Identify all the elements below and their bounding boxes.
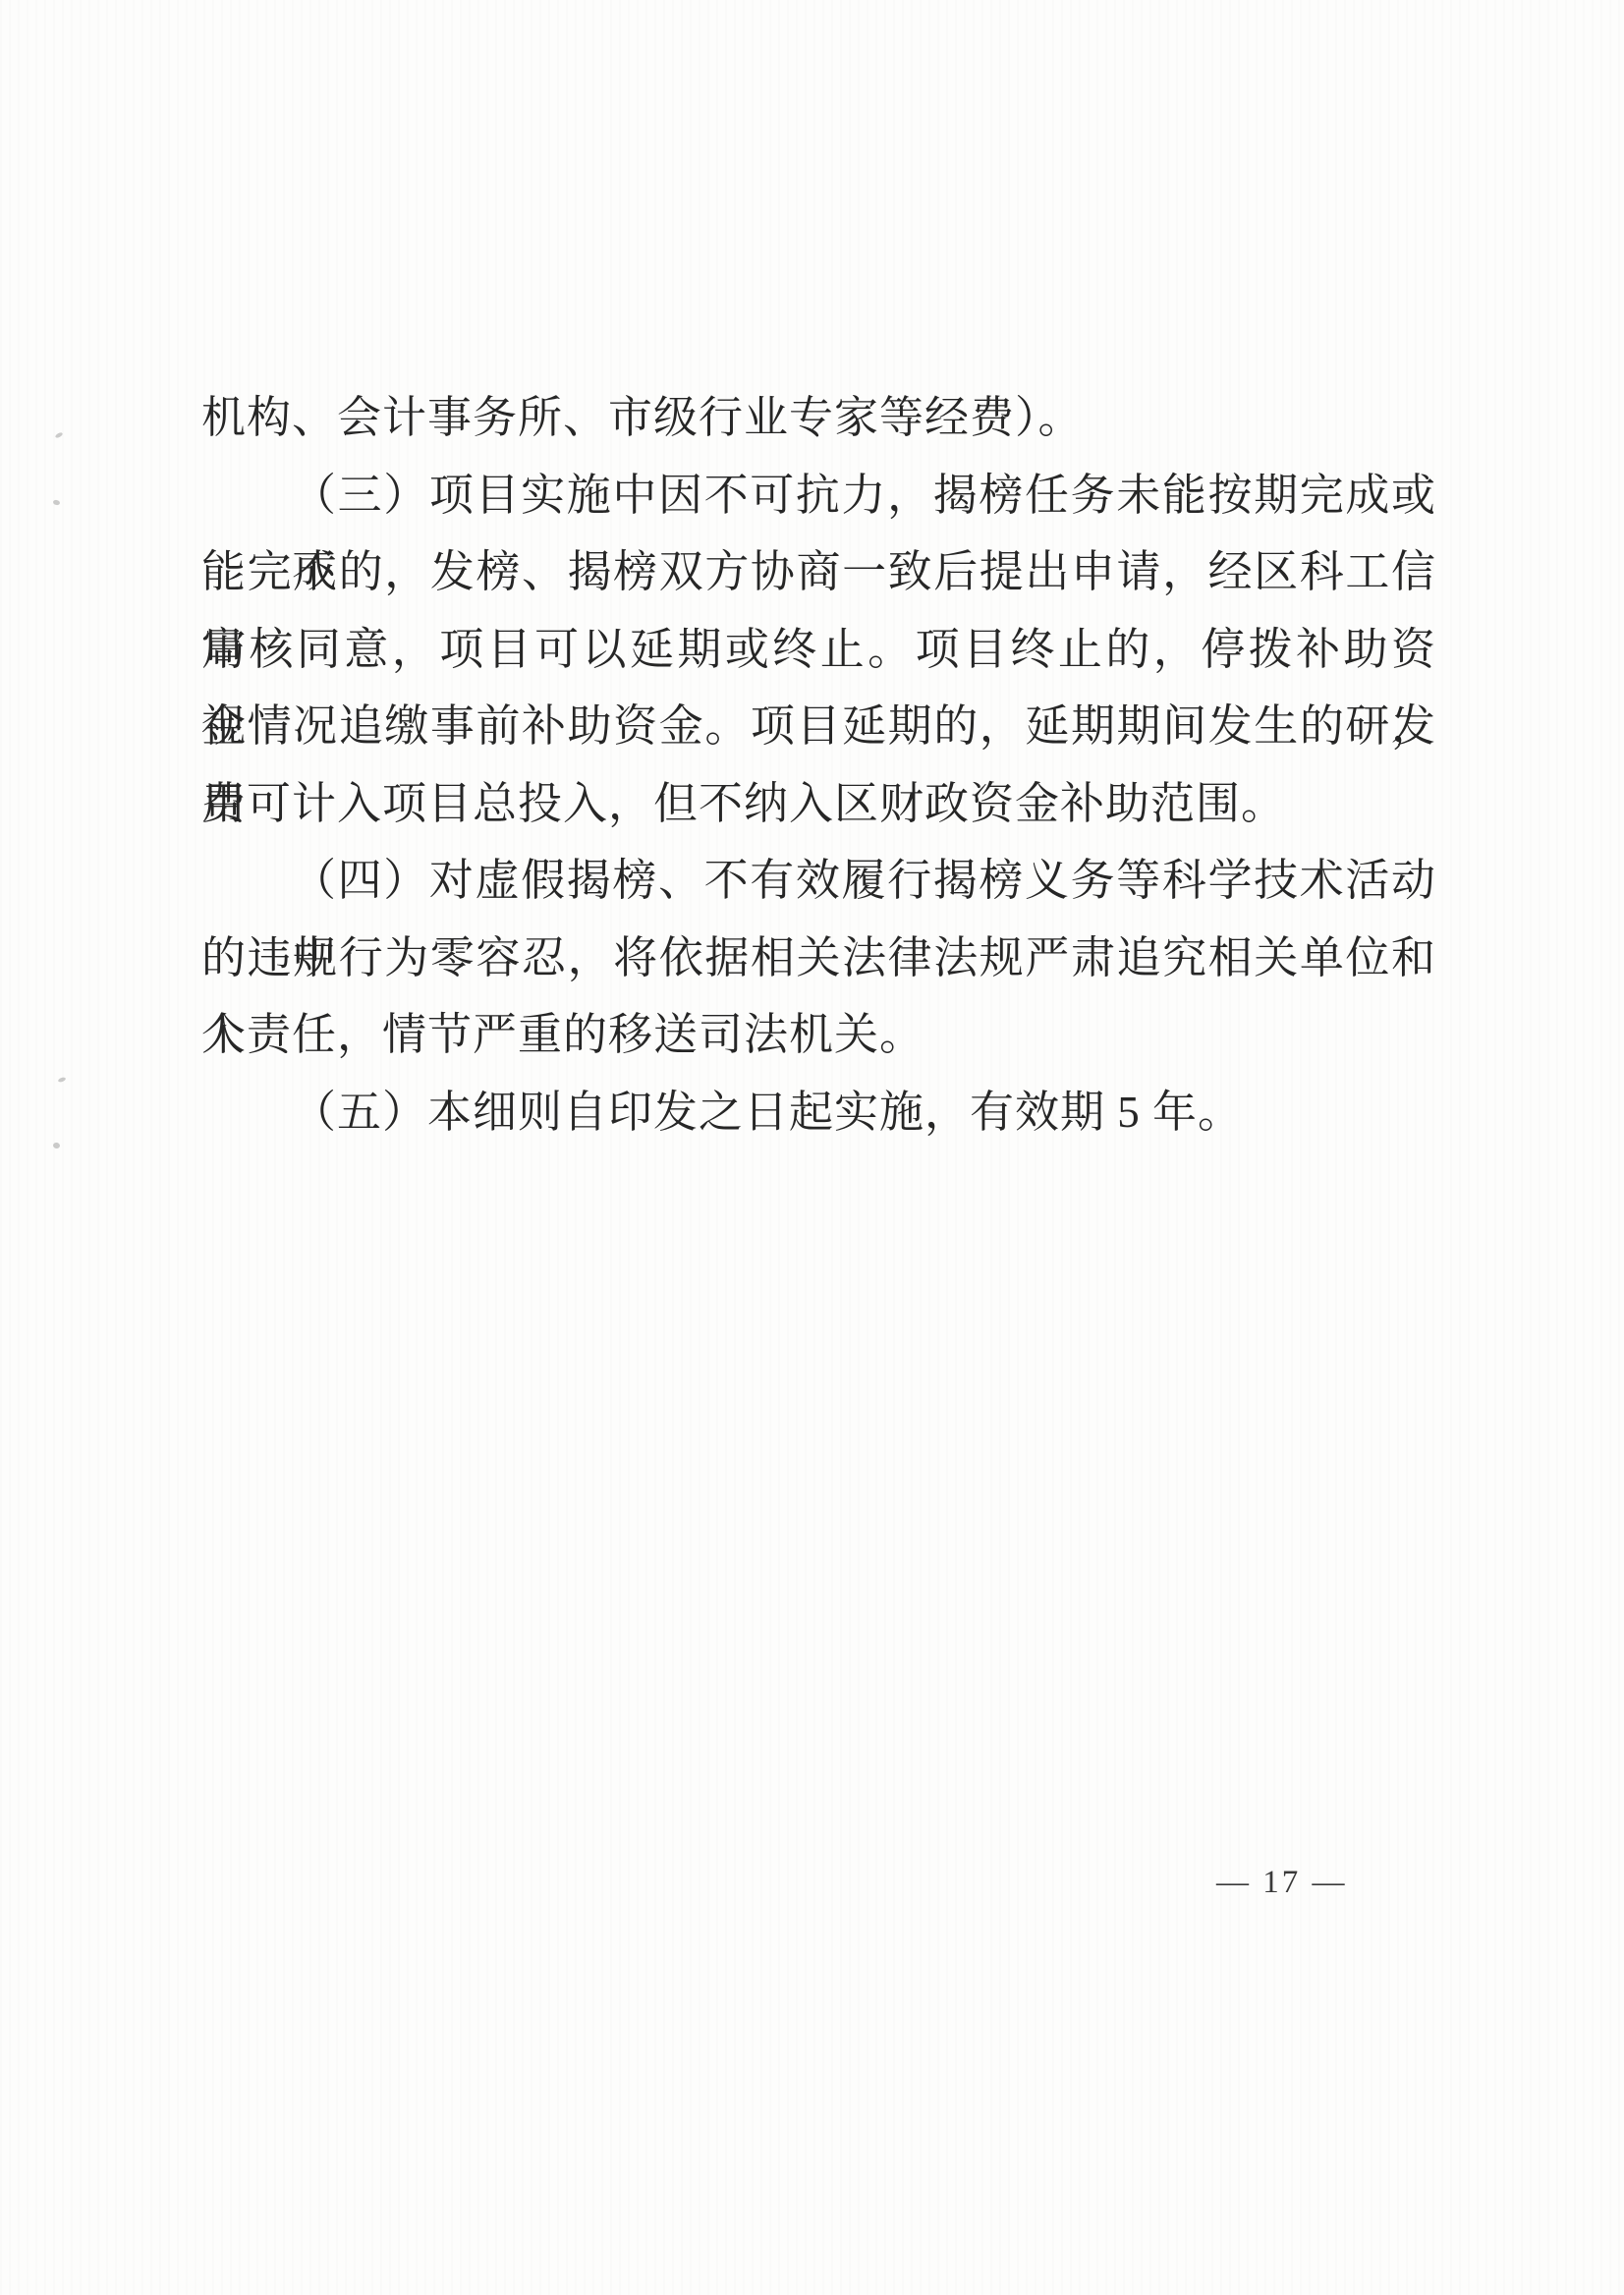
- document-line: （三）项目实施中因不可抗力，揭榜任务未能按期完成或不: [201, 457, 1435, 534]
- page-number: — 17 —: [1216, 1865, 1348, 1901]
- scan-speck: [52, 499, 60, 506]
- document-line: 机构、会计事务所、市级行业专家等经费）。: [201, 379, 1435, 457]
- document-line: 审核同意，项目可以延期或终止。项目终止的，停拨补助资金，: [201, 611, 1435, 689]
- document-line: 的违规行为零容忍，将依据相关法律法规严肃追究相关单位和个: [201, 920, 1435, 997]
- document-line: 视情况追缴事前补助资金。项目延期的，延期期间发生的研发费: [201, 688, 1435, 765]
- scan-speck: [55, 431, 64, 438]
- scan-speck: [53, 1142, 61, 1148]
- document-line: 用可计入项目总投入，但不纳入区财政资金补助范围。: [201, 765, 1435, 843]
- document-line: （五）本细则自印发之日起实施，有效期 5 年。: [201, 1074, 1435, 1151]
- document-body: 机构、会计事务所、市级行业专家等经费）。 （三）项目实施中因不可抗力，揭榜任务未…: [201, 379, 1435, 1150]
- document-page: 机构、会计事务所、市级行业专家等经费）。 （三）项目实施中因不可抗力，揭榜任务未…: [0, 0, 1624, 2295]
- document-line: 能完成的，发榜、揭榜双方协商一致后提出申请，经区科工信局: [201, 533, 1435, 611]
- document-line: （四）对虚假揭榜、不有效履行揭榜义务等科学技术活动中: [201, 842, 1435, 920]
- document-line: 人责任，情节严重的移送司法机关。: [201, 996, 1435, 1074]
- scan-speck: [58, 1077, 67, 1083]
